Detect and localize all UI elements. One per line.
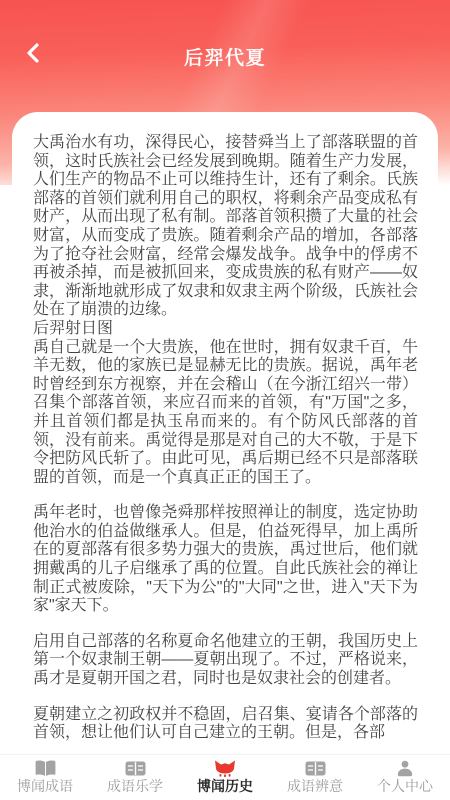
tab-label: 博闻历史 (197, 778, 253, 794)
tab-label: 个人中心 (377, 778, 433, 794)
article-card[interactable]: 大禹治水有功，深得民心，接替舜当上了部落联盟的首领，这时氏族社会已经发展到晚期。… (12, 112, 438, 800)
article-paragraph: 夏朝建立之初政权并不稳固，启召集、宴请各个部落的首领，想让他们认可自己建立的王朝… (33, 706, 418, 743)
page-title: 后羿代夏 (0, 43, 450, 70)
image-caption: 后羿射日图 (33, 320, 418, 339)
tab-bowen-idioms[interactable]: 博闻成语 (0, 755, 90, 800)
dictionary-icon (305, 759, 326, 777)
dictionary-icon (125, 759, 146, 777)
tab-label: 成语乐学 (107, 778, 163, 794)
article-paragraph: 禹自己就是一个大贵族，他在世时，拥有奴隶千百，牛羊无数，他的家族已是显赫无比的贵… (33, 339, 418, 488)
article-paragraph: 大禹治水有功，深得民心，接替舜当上了部落联盟的首领，这时氏族社会已经发展到晚期。… (33, 134, 418, 320)
tab-idiom-meaning[interactable]: 成语辨意 (270, 755, 360, 800)
header: 后羿代夏 (0, 0, 450, 112)
tab-label: 成语辨意 (287, 778, 343, 794)
tab-bowen-history[interactable]: 博闻历史 (180, 755, 270, 800)
person-icon (396, 759, 414, 777)
tab-personal-center[interactable]: 个人中心 (360, 755, 450, 800)
tab-bar: 博闻成语 成语乐学 (0, 754, 450, 800)
tab-label: 博闻成语 (17, 778, 73, 794)
app-screen: 后羿代夏 大禹治水有功，深得民心，接替舜当上了部落联盟的首领，这时氏族社会已经发… (0, 0, 450, 800)
fox-icon (214, 759, 236, 777)
tab-idiom-fun-learning[interactable]: 成语乐学 (90, 755, 180, 800)
article-paragraph: 启用自己部落的名称夏命名他建立的王朝，我国历史上第一个奴隶制王朝——夏朝出现了。… (33, 633, 418, 689)
article-paragraph: 禹年老时，也曾像尧舜那样按照禅让的制度，选定协助他治水的伯益做继承人。但是，伯益… (33, 504, 418, 616)
open-book-icon (35, 759, 56, 777)
